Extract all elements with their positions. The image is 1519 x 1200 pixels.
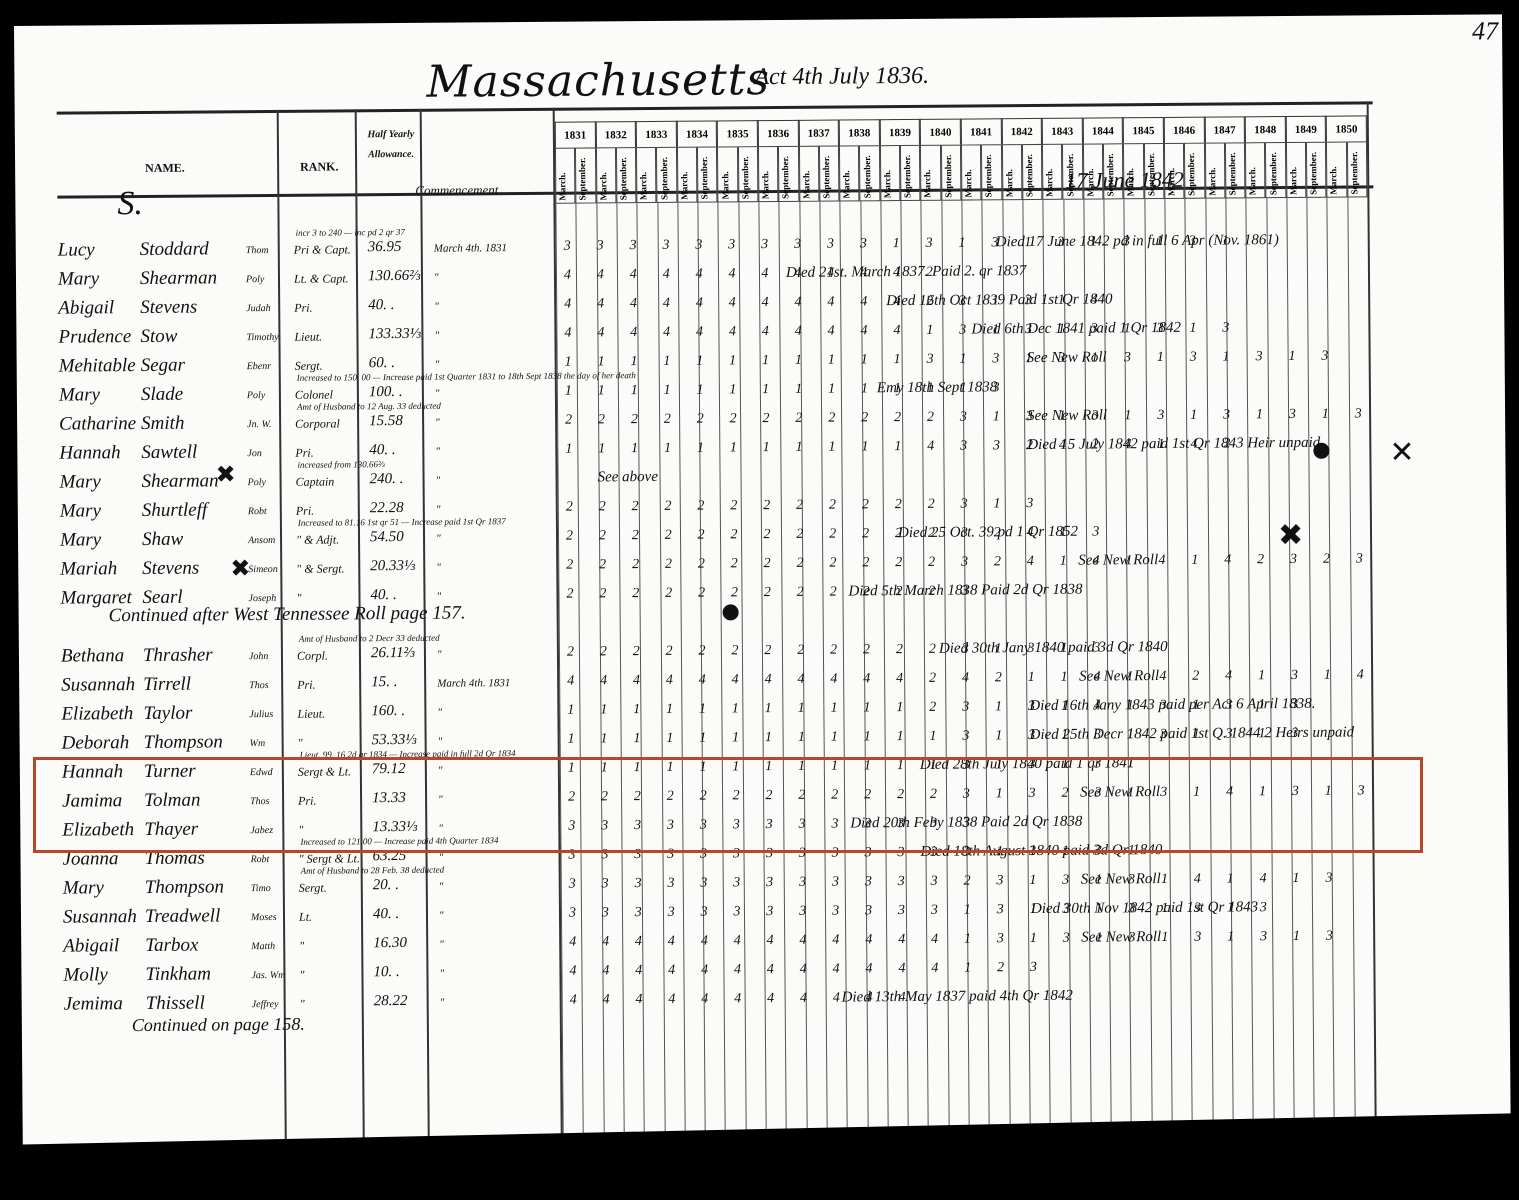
rank-cell: ": [298, 736, 303, 751]
commencement-cell: ": [436, 591, 441, 603]
allowance-cell: 54.50: [370, 529, 404, 546]
page-subtitle: Act 4th July 1836.: [754, 63, 929, 91]
rank-cell: ": [300, 997, 305, 1012]
status-note: See New Roll: [1027, 349, 1107, 367]
annotation-note: incr 3 to 240 — inc pd 2 qr 37: [296, 227, 405, 238]
x-mark: ✕: [1389, 435, 1414, 470]
ink-blot: [723, 604, 739, 620]
first-name: Mary: [58, 268, 99, 290]
payments-cell: 2 2 2 2 2 2 2 2 2 2 2 2 3 1 3: [566, 496, 1045, 516]
ledger-page: 47 Massachusetts Act 4th July 1836. NAME…: [14, 14, 1511, 1168]
last-name: Taylor: [143, 703, 192, 725]
month-header: September.: [1225, 142, 1246, 198]
husband-name: Poly: [246, 274, 264, 285]
month-header: September.: [1306, 142, 1327, 198]
last-name: Thrasher: [143, 644, 213, 667]
commencement-cell: ": [435, 359, 440, 371]
month-label: September.: [902, 148, 912, 198]
last-name: Shaw: [142, 529, 183, 551]
month-label: September.: [1186, 146, 1196, 196]
month-header: September.: [1265, 142, 1286, 198]
last-name: Stevens: [142, 558, 199, 580]
month-header: March.: [799, 146, 820, 202]
allowance-cell: 240. .: [370, 471, 404, 488]
month-header: September.: [697, 146, 718, 202]
month-label: March.: [841, 148, 851, 198]
payments-cell: 4 4 4 4 4 4 4 4 4 4 4 4 1 3 1 3 1 3 1 3 …: [569, 929, 1344, 951]
month-label: September.: [821, 149, 831, 199]
commencement-cell: ": [436, 562, 441, 574]
status-note: Died 17 June 1842 pd in full 6 Apr (Nov.…: [996, 232, 1279, 251]
first-name: Catharine: [59, 413, 136, 436]
allowance-cell: 26.11⅔: [371, 645, 415, 662]
month-label: September.: [983, 147, 993, 197]
husband-name: Timo: [251, 883, 271, 894]
month-label: September.: [943, 148, 953, 198]
month-header: September.: [575, 147, 596, 203]
first-name: Mary: [63, 877, 104, 899]
month-header: March.: [1042, 144, 1063, 200]
last-name: Treadwell: [145, 905, 220, 928]
rank-cell: Pri & Capt.: [294, 242, 351, 257]
allowance-cell: 160. .: [371, 703, 405, 720]
month-header: September.: [778, 146, 799, 202]
last-name: Stow: [140, 326, 177, 348]
month-header: September.: [1184, 143, 1205, 199]
continued-after-note: Continued after West Tennessee Roll page…: [109, 602, 466, 627]
month-label: March.: [638, 150, 648, 200]
month-headers: March.September.March.September.March.Se…: [555, 141, 1367, 203]
allowance-cell: 40. .: [370, 587, 396, 604]
allowance-cell: 22.28: [370, 500, 404, 517]
month-label: March.: [882, 148, 892, 198]
last-name: Stoddard: [140, 238, 209, 261]
first-name: Mary: [59, 384, 100, 406]
month-header: March.: [555, 148, 576, 204]
year-header: 1847: [1204, 116, 1245, 142]
highlighted-rows-box: [33, 757, 1423, 853]
month-label: September.: [862, 148, 872, 198]
first-name: Mary: [60, 529, 101, 551]
first-name: Lucy: [58, 239, 95, 261]
allowance-cell: 40. .: [373, 906, 399, 923]
year-header: 1833: [636, 121, 677, 147]
year-header: 1832: [595, 121, 636, 147]
first-name: Mariah: [60, 558, 117, 580]
status-note: Died 13th May 1837 paid 4th Qr 1842: [842, 988, 1073, 1007]
status-note: Emy 18th Sept 1838: [877, 379, 998, 397]
month-label: March.: [1044, 147, 1054, 197]
year-header: 1831: [555, 121, 596, 147]
rank-cell: Pri.: [295, 446, 313, 461]
allowance-cell: 130.66⅔: [368, 268, 421, 285]
month-label: September.: [1227, 145, 1237, 195]
husband-name: John: [249, 651, 269, 662]
year-header: 1834: [677, 120, 718, 146]
husband-name: Moses: [251, 912, 277, 923]
header-allowance-line1: Half Yearly: [361, 125, 421, 145]
month-label: March.: [557, 151, 567, 201]
status-note: See New Roll: [1081, 929, 1161, 947]
month-header: September.: [859, 145, 880, 201]
commencement-cell: ": [439, 910, 444, 922]
last-name: Shearman: [140, 267, 217, 290]
rank-cell: Lt. & Capt.: [294, 271, 349, 286]
header-name-letter: S.: [117, 185, 143, 223]
last-name: Shurtleff: [142, 499, 208, 522]
last-name: Thompson: [144, 731, 223, 754]
commencement-cell: March 4th. 1831: [434, 242, 507, 255]
month-label: September.: [1268, 145, 1278, 195]
month-header: March.: [1001, 144, 1022, 200]
commencement-cell: ": [439, 968, 444, 980]
allowance-cell: 60. .: [369, 355, 395, 372]
rank-cell: " & Sergt.: [296, 561, 344, 576]
month-label: March.: [720, 149, 730, 199]
month-header: September.: [738, 146, 759, 202]
allowance-cell: 36.95: [368, 239, 402, 256]
first-name: Mehitable: [59, 355, 136, 378]
rank-cell: Lieut.: [294, 330, 322, 345]
commencement-cell: ": [436, 475, 441, 487]
year-header: 1837: [798, 120, 839, 146]
year-header: 1836: [758, 120, 799, 146]
payments-cell: 2 2 2 2 2 2 2 2 2 2 2 2 3 2 4 1 4 1 4 1 …: [566, 551, 1374, 573]
month-label: September.: [699, 150, 709, 200]
rank-cell: Corporal: [295, 416, 340, 431]
payments-cell: 3 3 3 3 3 3 3 3 3 3 3 3 2 3 1 3 1 3 1 4 …: [569, 871, 1344, 893]
header-rank: RANK.: [300, 159, 338, 174]
status-note: See New Roll: [1078, 552, 1158, 570]
rank-cell: Colonel: [295, 388, 333, 403]
first-name: Susannah: [63, 906, 137, 929]
rank-cell: Pri.: [297, 678, 315, 693]
husband-name: Simeon: [248, 564, 278, 575]
allowance-cell: 40. .: [368, 297, 394, 314]
annotation-note: increased from 130.66⅔: [297, 459, 384, 470]
month-header: September.: [941, 145, 962, 201]
allowance-cell: 40. .: [369, 442, 395, 459]
first-name: Abigail: [63, 935, 119, 957]
husband-name: Jas. Wm: [251, 970, 285, 981]
husband-name: Matth: [251, 941, 275, 952]
month-label: September.: [659, 150, 669, 200]
commencement-cell: ": [440, 997, 445, 1009]
husband-name: Ebenr: [247, 361, 272, 372]
month-header: March.: [758, 146, 779, 202]
month-header: March.: [636, 147, 657, 203]
husband-name: Wm: [250, 738, 266, 749]
husband-name: Robt: [248, 506, 267, 517]
month-label: September.: [780, 149, 790, 199]
husband-name: Poly: [247, 390, 265, 401]
rank-cell: Captain: [296, 474, 335, 489]
first-name: Mary: [60, 471, 101, 493]
rank-cell: " & Adjt.: [296, 532, 339, 547]
rank-cell: Lt.: [299, 910, 312, 925]
commencement-cell: ": [438, 736, 443, 748]
allowance-cell: 15. .: [371, 674, 397, 691]
commencement-cell: March 4th. 1831: [437, 677, 510, 690]
last-name: Sawtell: [141, 442, 197, 464]
year-header: 1841: [961, 118, 1002, 144]
commencement-cell: ": [435, 417, 440, 429]
last-name: Tirrell: [143, 674, 191, 696]
allowance-cell: 20. .: [373, 877, 399, 894]
status-note: Died 16th Oct 1839 Paid 1st Qr 1840: [886, 291, 1112, 310]
payments-cell: 1 1 1 1 1 1 1 1 1 1 1 3 1 3 1 3 1 3 1 3 …: [565, 349, 1340, 371]
ink-blot: [1313, 443, 1329, 459]
annotation-note: Increased to 81.16 1st qr 51 — Increase …: [298, 516, 506, 528]
month-header: September.: [1022, 144, 1043, 200]
rank-cell: Sergt.: [299, 881, 327, 896]
month-header: March.: [1286, 142, 1307, 198]
husband-name: Robt: [251, 854, 270, 865]
first-name: Elizabeth: [61, 703, 133, 726]
page-number: 47: [1472, 16, 1498, 46]
margin-note: 17 June 1842: [1065, 167, 1184, 194]
header-commencement: Commencement: [415, 182, 498, 199]
husband-name: Jon: [247, 448, 262, 459]
last-name: Tarbox: [145, 935, 198, 957]
first-name: Mary: [60, 500, 101, 522]
month-label: September.: [1349, 144, 1359, 194]
husband-name: Poly: [248, 477, 266, 488]
year-header: 1839: [880, 119, 921, 145]
rank-cell: Pri.: [296, 504, 314, 519]
rank-cell: Lieut.: [297, 707, 325, 722]
husband-name: Thos: [249, 680, 269, 691]
allowance-cell: 15.58: [369, 413, 403, 430]
month-label: March.: [1247, 145, 1257, 195]
header-allowance-line2: Allowance.: [361, 145, 421, 165]
month-header: September.: [616, 147, 637, 203]
year-header: 1835: [717, 120, 758, 146]
month-label: March.: [598, 150, 608, 200]
last-name: Stevens: [140, 297, 197, 319]
year-header: 1844: [1082, 117, 1123, 143]
month-label: March.: [760, 149, 770, 199]
month-header: March.: [1245, 142, 1266, 198]
year-header: 1843: [1042, 118, 1083, 144]
commencement-cell: ": [438, 852, 443, 864]
allowance-cell: 10. .: [373, 964, 399, 981]
year-header: 1848: [1245, 116, 1286, 142]
last-name: Shearman: [141, 470, 218, 493]
commencement-cell: ": [435, 446, 440, 458]
month-label: September.: [740, 149, 750, 199]
status-note: Died 21st. March 1837. Paid 2. qr 1837: [786, 263, 1026, 282]
year-header: 1846: [1164, 117, 1205, 143]
month-header: September.: [1347, 141, 1368, 197]
month-header: March.: [1204, 142, 1225, 198]
commencement-cell: ": [434, 330, 439, 342]
year-header: 1840: [920, 119, 961, 145]
month-header: September.: [900, 145, 921, 201]
husband-name: Timothy: [246, 332, 278, 343]
first-name: Hannah: [59, 442, 120, 464]
year-header: 1845: [1123, 117, 1164, 143]
month-label: March.: [1207, 146, 1217, 196]
month-label: March.: [1288, 145, 1298, 195]
month-header: March.: [596, 147, 617, 203]
month-label: September.: [1308, 145, 1318, 195]
payments-cell: 2 2 2 2 2 2 2 2 2 2 2 2 3 1 3 1 3 1 3 1 …: [565, 406, 1373, 428]
month-label: September.: [618, 150, 628, 200]
status-note: Died 6th Dec 1841 paid 1 Qr 1842: [971, 320, 1181, 339]
first-name: Bethana: [61, 645, 124, 667]
status-note: Died 15 July 1842 paid 1st Qr 1843 Heir …: [1027, 435, 1320, 454]
month-header: March.: [677, 147, 698, 203]
commencement-cell: ": [434, 301, 439, 313]
first-name: Prudence: [58, 326, 131, 349]
first-name: Susannah: [61, 674, 135, 697]
x-mark: ✖: [230, 554, 250, 582]
status-note: See above: [598, 469, 659, 486]
commencement-cell: ": [437, 649, 442, 661]
last-name: Smith: [141, 413, 184, 435]
first-name: Molly: [63, 964, 107, 986]
rank-cell: ": [299, 939, 304, 954]
month-header: March.: [717, 146, 738, 202]
commencement-cell: ": [436, 533, 441, 545]
header-allowance: Half Yearly Allowance.: [361, 125, 421, 165]
month-label: March.: [679, 150, 689, 200]
month-header: March.: [920, 145, 941, 201]
commencement-cell: ": [435, 388, 440, 400]
status-note: Died 5th March 1838 Paid 2d Qr 1838: [848, 582, 1082, 601]
last-name: Segar: [141, 355, 185, 377]
husband-name: Jn. W.: [247, 419, 271, 430]
year-header: 1850: [1326, 115, 1367, 141]
status-note: Died 25 Oct. 39 pd 1 Qr 1852: [898, 524, 1078, 542]
allowance-cell: 28.22: [374, 993, 408, 1010]
commencement-cell: ": [436, 504, 441, 516]
month-label: September.: [1024, 147, 1034, 197]
month-label: March.: [922, 148, 932, 198]
year-header: 1838: [839, 119, 880, 145]
allowance-cell: 16.30: [373, 935, 407, 952]
payments-cell: 4 4 4 4 4 4 4 4 4 4 4 2 4 2 1 1 4 1 4 2 …: [567, 667, 1375, 689]
month-header: September.: [656, 147, 677, 203]
month-label: September.: [577, 151, 587, 201]
rank-cell: Corpl.: [297, 649, 328, 664]
first-name: Abigail: [58, 297, 114, 319]
month-label: March.: [801, 149, 811, 199]
commencement-cell: ": [439, 881, 444, 893]
month-header: September.: [819, 146, 840, 202]
annotation-note: Amt of Husband to 28 Feb. 38 deducted: [301, 865, 445, 876]
allowance-cell: 133.33⅓: [368, 326, 421, 343]
month-label: March.: [963, 147, 973, 197]
year-header: 1849: [1285, 116, 1326, 142]
first-name: Deborah: [62, 732, 130, 755]
status-note: Died 30th Nov 1842 paid 1st Qr 1843: [1031, 899, 1258, 918]
x-mark: ✖: [1278, 518, 1303, 553]
status-note: See New Roll: [1027, 407, 1107, 425]
year-header: 1842: [1001, 118, 1042, 144]
allowance-cell: 53.33⅓: [372, 732, 417, 749]
allowance-cell: 20.33⅓: [370, 558, 415, 575]
last-name: Thissell: [146, 993, 205, 1015]
commencement-cell: ": [434, 272, 439, 284]
status-note: See New Roll: [1081, 871, 1161, 889]
status-note: Died 25th Decr 1842 paid 1st Q. 1844 2 H…: [1030, 724, 1355, 744]
annotation-note: Amt of Husband to 12 Aug. 33 deducted: [297, 401, 441, 412]
month-header: March.: [880, 145, 901, 201]
last-name: Thompson: [145, 876, 224, 899]
commencement-cell: ": [439, 939, 444, 951]
commencement-cell: ": [437, 707, 442, 719]
status-note: Died 30th Jany 1840 paid 3d Qr 1840: [939, 639, 1168, 658]
month-label: March.: [1328, 145, 1338, 195]
page-title: Massachusetts: [426, 54, 770, 108]
last-name: Tinkham: [145, 963, 211, 986]
husband-name: Judah: [246, 303, 271, 314]
payment-grid: [14, 14, 1502, 26]
month-header: September.: [981, 144, 1002, 200]
status-note: Died 16th Jany 1843 paid per Act 6 April…: [1029, 696, 1315, 715]
annotation-note: Increased to 150. 00 — Increase paid 1st…: [297, 370, 636, 383]
husband-name: Joseph: [248, 593, 276, 604]
first-name: Jemima: [64, 993, 123, 1015]
continued-on-note: Continued on page 158.: [132, 1014, 305, 1036]
month-header: March.: [839, 145, 860, 201]
annotation-note: Amt of Husband to 2 Decr 33 deducted: [299, 633, 440, 644]
header-name: NAME.: [145, 161, 185, 176]
status-note: See New Roll: [1079, 668, 1159, 686]
month-label: March.: [1004, 147, 1014, 197]
husband-name: Thom: [246, 245, 269, 256]
allowance-cell: 100. .: [369, 384, 403, 401]
month-header: March.: [1326, 142, 1347, 198]
x-mark: ✖: [215, 460, 235, 488]
rank-cell: Pri.: [294, 301, 312, 316]
rank-cell: ": [299, 968, 304, 983]
month-header: March.: [961, 144, 982, 200]
rank-cell: Sergt.: [295, 359, 323, 374]
husband-name: Ansom: [248, 535, 275, 546]
husband-name: Julius: [249, 709, 273, 720]
husband-name: Jeffrey: [252, 999, 279, 1010]
last-name: Slade: [141, 384, 183, 406]
payments-cell: 4 4 4 4 4 4 4 4 4 4 4 4 1 2 3: [569, 960, 1048, 980]
